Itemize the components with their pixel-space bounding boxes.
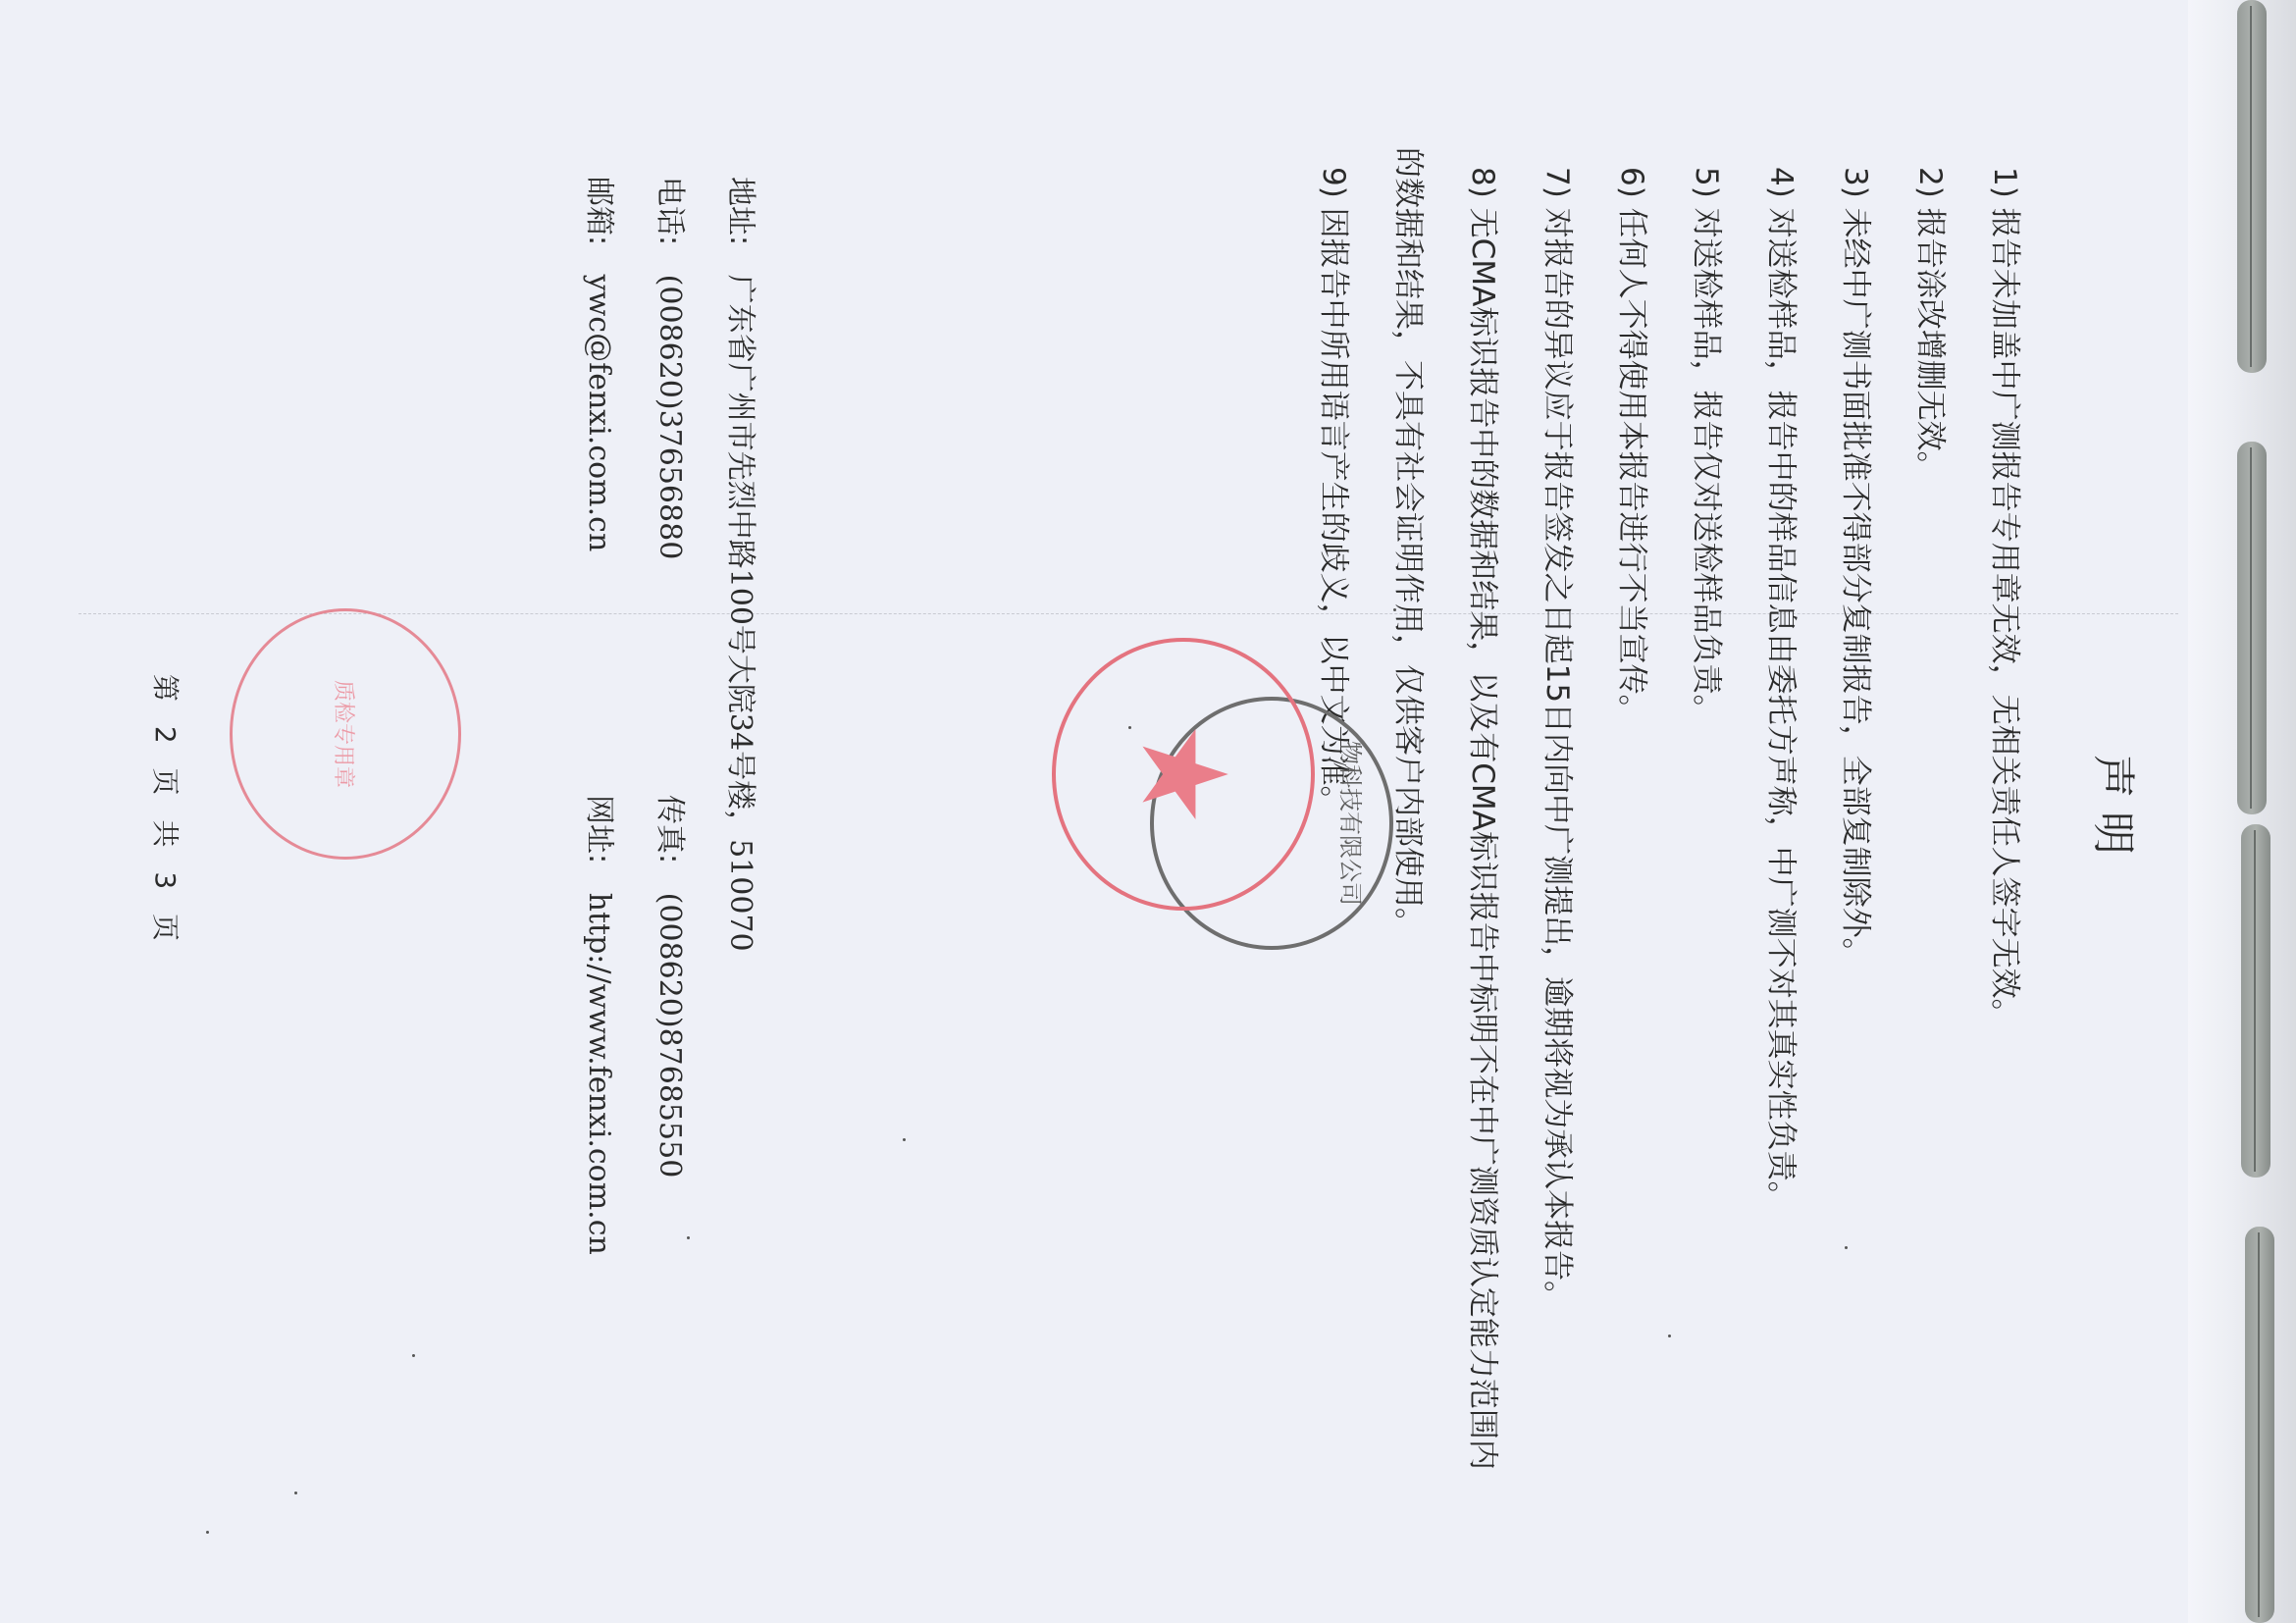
page-title: 声明 — [2086, 0, 2149, 1623]
email-value: ywc@fenxi.com.cn — [582, 275, 616, 552]
address-value: 广东省广州市先烈中路100号大院34号楼，510070 — [723, 275, 757, 952]
phone-value: (008620)37656880 — [652, 275, 687, 560]
email-row: 邮箱: ywc@fenxi.com.cn — [581, 177, 624, 551]
phone-label: 电话: — [652, 177, 687, 245]
clause-6: 6) 任何人不得使用本报告进行不当宣传。 — [1605, 167, 1658, 1442]
fax-value: (008620)87685550 — [652, 893, 687, 1178]
address-row: 地址: 广东省广州市先烈中路100号大院34号楼，510070 — [722, 177, 765, 952]
clauses-list: 1) 报告未加盖中广测报告专用章无效，无相关责任人签字无效。 2) 报告涂改增删… — [1307, 167, 2031, 1442]
clause-7: 7) 对报告的异议应于报告签发之日起15日内向中广测提出，逾期将视为承认本报告。 — [1531, 167, 1584, 1442]
clause-8: 8) 无CMA标识报告中的数据和结果，以及有CMA标识报告中标明不在中广测资质认… — [1456, 167, 1509, 1442]
clause-5: 5) 对送检样品，报告仅对送检样品负责。 — [1680, 167, 1733, 1442]
clause-4: 4) 对送检样品，报告中的样品信息由委托方声称，中广测不对其真实性负责。 — [1754, 167, 1807, 1442]
clause-2: 2) 报告涂改增删无效。 — [1904, 167, 1957, 1442]
phone-row: 电话: (008620)37656880 — [652, 177, 695, 559]
grey-seal-text: 物科技有限公司 — [1335, 741, 1370, 906]
fax-label: 传真: — [652, 795, 687, 864]
inspection-seal-red: ★ — [1052, 638, 1315, 911]
email-label: 邮箱: — [582, 177, 616, 245]
website-row: 网址: http://www.fenxi.com.cn — [581, 795, 624, 1255]
address-label: 地址: — [723, 177, 757, 245]
website-label: 网址: — [582, 795, 616, 864]
page-number: 第 2 页 共 3 页 — [147, 0, 186, 1623]
star-icon: ★ — [1116, 721, 1252, 827]
qc-seal-red: 质检专用章 — [230, 608, 461, 860]
fax-row: 传真: (008620)87685550 — [652, 795, 695, 1178]
clause-1: 1) 报告未加盖中广测报告专用章无效，无相关责任人签字无效。 — [1978, 167, 2031, 1442]
website-value: http://www.fenxi.com.cn — [582, 893, 616, 1255]
clause-3: 3) 未经中广测书面批准不得部分复制报告，全部复制除外。 — [1829, 167, 1882, 1442]
scanned-page: 声明 1) 报告未加盖中广测报告专用章无效，无相关责任人签字无效。 2) 报告涂… — [0, 0, 2296, 1623]
qc-seal-text: 质检专用章 — [331, 680, 361, 788]
